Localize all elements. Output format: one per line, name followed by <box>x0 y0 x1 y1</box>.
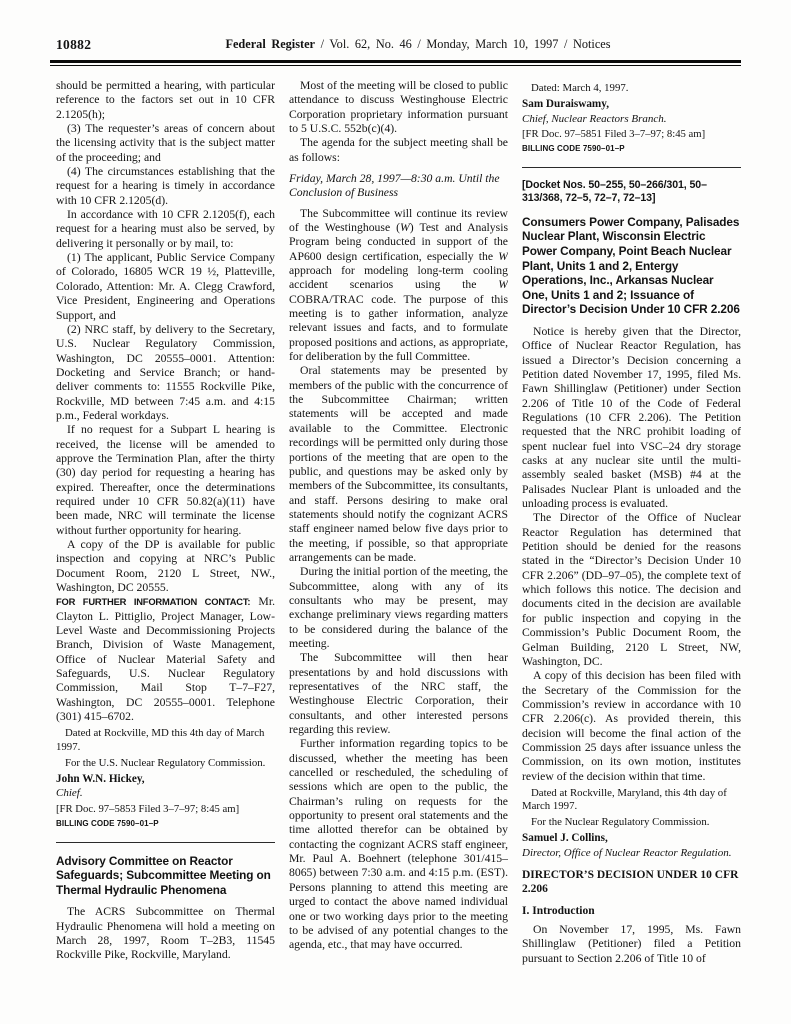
paragraph: Further information regarding topics to … <box>289 737 508 952</box>
notice-heading: Advisory Committee on Reactor Safeguards… <box>56 854 275 898</box>
column-left: should be permitted a hearing, with part… <box>56 79 275 1006</box>
paragraph: On November 17, 1995, Ms. Fawn Shillingl… <box>522 923 741 966</box>
paragraph: During the initial portion of the meetin… <box>289 565 508 651</box>
docket-line: [Docket Nos. 50–255, 50–266/301, 50–313/… <box>522 179 741 206</box>
column-middle: Most of the meeting will be closed to pu… <box>289 79 508 1006</box>
agenda-heading: Friday, March 28, 1997—8:30 a.m. Until t… <box>289 172 508 201</box>
signature-name: Sam Duraiswamy, <box>522 98 741 112</box>
page-number: 10882 <box>56 37 91 53</box>
columns-container: should be permitted a hearing, with part… <box>56 79 741 1006</box>
header-journal-name: Federal Register <box>225 37 315 51</box>
header-rule <box>50 60 741 66</box>
contact-paragraph: FOR FURTHER INFORMATION CONTACT: Mr. Cla… <box>56 595 275 724</box>
section-divider <box>522 167 741 168</box>
dateline: For the U.S. Nuclear Regulatory Commissi… <box>56 757 275 770</box>
signature-role: Chief. <box>56 787 275 800</box>
paragraph: (1) The applicant, Public Service Compan… <box>56 251 275 323</box>
emphasis-w: W <box>498 278 508 291</box>
paragraph: Most of the meeting will be closed to pu… <box>289 79 508 136</box>
fr-doc-line: [FR Doc. 97–5853 Filed 3–7–97; 8:45 am] <box>56 803 275 817</box>
signature-name: Samuel J. Collins, <box>522 832 741 846</box>
emphasis-w: W <box>498 250 508 263</box>
paragraph: should be permitted a hearing, with part… <box>56 79 275 122</box>
dateline: Dated at Rockville, Maryland, this 4th d… <box>522 787 741 813</box>
paragraph: Notice is hereby given that the Director… <box>522 325 741 511</box>
fr-doc-line: [FR Doc. 97–5851 Filed 3–7–97; 8:45 am] <box>522 128 741 142</box>
column-right: Dated: March 4, 1997.Sam Duraiswamy,Chie… <box>522 79 741 1006</box>
paragraph: The Director of the Office of Nuclear Re… <box>522 511 741 669</box>
page-header: 10882 Federal Register / Vol. 62, No. 46… <box>56 37 740 57</box>
dateline: For the Nuclear Regulatory Commission. <box>522 816 741 829</box>
billing-code: BILLING CODE 7590–01–P <box>56 818 275 830</box>
paragraph: If no request for a Subpart L hearing is… <box>56 423 275 538</box>
section-divider <box>56 842 275 843</box>
header-issue-info: / Vol. 62, No. 46 / Monday, March 10, 19… <box>315 37 611 51</box>
paragraph: (2) NRC staff, by delivery to the Secret… <box>56 323 275 423</box>
contact-label: FOR FURTHER INFORMATION CONTACT: <box>56 596 250 607</box>
decision-heading: I. Introduction <box>522 904 741 918</box>
dateline: Dated at Rockville, MD this 4th day of M… <box>56 727 275 753</box>
paragraph: The ACRS Subcommittee on Thermal Hydraul… <box>56 905 275 962</box>
emphasis-w: W <box>400 221 410 234</box>
paragraph: Oral statements may be presented by memb… <box>289 364 508 565</box>
paragraph: (3) The requester’s areas of concern abo… <box>56 122 275 165</box>
notice-heading: Consumers Power Company, Palisades Nucle… <box>522 215 741 317</box>
document-page: 10882 Federal Register / Vol. 62, No. 46… <box>0 0 791 1024</box>
paragraph: A copy of the DP is available for public… <box>56 538 275 595</box>
signature-name: John W.N. Hickey, <box>56 773 275 787</box>
header-title: Federal Register / Vol. 62, No. 46 / Mon… <box>96 37 740 52</box>
paragraph: (4) The circumstances establishing that … <box>56 165 275 208</box>
dateline: Dated: March 4, 1997. <box>522 82 741 95</box>
billing-code: BILLING CODE 7590–01–P <box>522 143 741 155</box>
paragraph: The Subcommittee will continue its revie… <box>289 207 508 365</box>
paragraph: The Subcommittee will then hear presenta… <box>289 651 508 737</box>
paragraph: A copy of this decision has been filed w… <box>522 669 741 784</box>
paragraph: The agenda for the subject meeting shall… <box>289 136 508 165</box>
signature-role: Director, Office of Nuclear Reactor Regu… <box>522 847 741 860</box>
paragraph: In accordance with 10 CFR 2.1205(f), eac… <box>56 208 275 251</box>
decision-heading: DIRECTOR’S DECISION UNDER 10 CFR 2.206 <box>522 868 741 896</box>
signature-role: Chief, Nuclear Reactors Branch. <box>522 113 741 126</box>
